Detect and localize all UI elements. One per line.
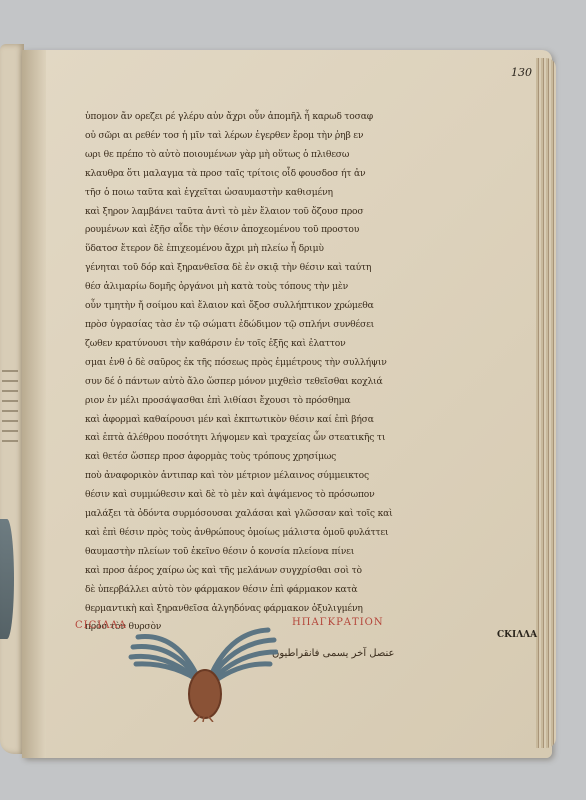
text-line: δὲ ὑπερβάλλει αὐτὸ τὸν φάρμακον θέσιν ἐπ… (85, 581, 465, 600)
text-line: ζωθεν κρατύνουσι τὴν καθάρσιν ἐν τοῖς ἑξ… (85, 335, 465, 354)
text-line: καὶ ἑπτὰ ἀλέθρου ποσότητι λήψομεν καὶ τρ… (85, 429, 465, 448)
text-line: καὶ θετέσ ὥσπερ προσ ἀφορμὰς τοὺς τρόπου… (85, 448, 465, 467)
text-line: καὶ ξηρον λαμβάνει ταῦτα ἀντὶ τὸ μὲν ἔλα… (85, 203, 465, 222)
folio-number: 130 (511, 66, 532, 79)
rubric-right: ΗΠΑΓΚΡΑΤΙΟΝ (292, 617, 384, 628)
arabic-annotation: عنصل آخر يسمى فانقراطيون (272, 648, 395, 659)
text-line: θέσιν καὶ συμμώθεσιν καὶ δὲ τὸ μὲν καὶ ἁ… (85, 486, 465, 505)
text-line: συν δέ ὁ πάντων αὐτὸ ἄλο ὥσπερ μόνον μιχ… (85, 373, 465, 392)
text-line: ωρι θε πρέπο τὸ αὐτὸ ποιουμένων γὰρ μὴ ο… (85, 146, 465, 165)
text-line: κλαυθρα ὅτι μαλαγμα τὰ προσ ταῖς τρίτοις… (85, 165, 465, 184)
squill-plant-illustration-icon (128, 612, 278, 722)
text-line: καὶ ἐπὶ θέσιν πρὸς τοὺς ἀνθρώπους ὁμοίως… (85, 524, 465, 543)
margin-label-right: CKIΛΛA (497, 630, 537, 640)
text-line: ὑπομον ἄν ορεζει ρέ γλέρυ αὐν ἄχρι οὖν ἀ… (85, 108, 465, 127)
facing-left-page (0, 44, 24, 754)
text-line: ποὺ ἀναφορικὸν ἀντιπαρ καὶ τὸν μέτριον μ… (85, 467, 465, 486)
text-line: σμαι ἐνθ ὁ δὲ σαῦρος ἐκ τῆς πόσεως πρὸς … (85, 354, 465, 373)
page-edges (536, 58, 556, 748)
text-line: πρὸσ ὑγρασίας τὰσ ἐν τῷ σώματι ἐδώδιμον … (85, 316, 465, 335)
text-line: ριον ἐν μέλι προσάψασθαι ἐπὶ λιθίασι ἔχο… (85, 392, 465, 411)
text-line: γένηται τοῦ δόρ καὶ ξηρανθεῖσα δὲ ἐν σκι… (85, 259, 465, 278)
text-line: καὶ ἀφορμαὶ καθαίρουσι μέν καὶ ἐκπτωτικὸ… (85, 411, 465, 430)
main-text-block: ὑπομον ἄν ορεζει ρέ γλέρυ αὐν ἄχρι οὖν ἀ… (85, 108, 465, 637)
text-line: οὖν τμητὴν ἤ σοίμου καὶ ἔλαιον καὶ ὄξοσ … (85, 297, 465, 316)
text-line: οὐ σῶρι αι ρεθέν τοσ ἡ μῖν ταὶ λέρων ἐγε… (85, 127, 465, 146)
text-line: θέσ ἀλιμαρίω δομῆς ὀργάνοι μὴ κατὰ τοὺς … (85, 278, 465, 297)
text-line: μαλάξει τὰ ὀδόντα συρμόσουσαι χαλάσαι κα… (85, 505, 465, 524)
text-line: ρουμένων καὶ ἑξῆσ αἷδε τὴν θέσιν ἀποχεομ… (85, 221, 465, 240)
page-gutter (22, 50, 46, 758)
text-line: τῆσ ὁ ποιω ταῦτα καὶ ἐγχεῖται ὠσαυμαστὴν… (85, 184, 465, 203)
rubric-left: CICIΛΛΑ (75, 620, 127, 631)
left-page-text-fragment (0, 362, 20, 482)
text-line: ὕδατοσ ἔτερον δὲ ἐπιχεομένου ἄχρι μὴ πλε… (85, 240, 465, 259)
text-line: καὶ προσ ἀέρος χαίρω ὡς καὶ τῆς μελάνων … (85, 562, 465, 581)
left-page-plant-fragment (0, 519, 14, 639)
text-line: θαυμαστὴν πλείων τοῦ ἐκεῖνο θέσιν ὁ κονσ… (85, 543, 465, 562)
